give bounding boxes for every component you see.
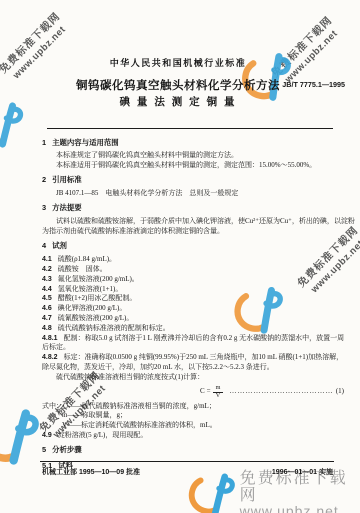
paragraph-line: JB 4107.1—85 电触头材料化学分析方法 总则及一般规定 bbox=[42, 189, 344, 199]
line-text: 硫代硫酸钠标准溶液相当铜的浓度按式(1)计算： bbox=[56, 373, 204, 381]
line-text: 主题内容与适用范围 bbox=[52, 138, 119, 147]
clause-line: 4.6碘化钾溶液(200 g/L)。 bbox=[42, 304, 344, 314]
standard-code: JB/T 7775.1—1995 bbox=[282, 80, 345, 89]
clause-number: 4.1 bbox=[42, 255, 52, 265]
line-text: 氟化氢铵溶液(200 g/mL)。 bbox=[58, 275, 139, 283]
paragraph-line: 本标准规定了铜钨碳化钨真空触头材料中铜量的测定方法。 bbox=[42, 151, 344, 161]
formula-number: (1) bbox=[336, 387, 344, 397]
clause-number: 4.8 bbox=[42, 324, 52, 334]
brand-site-url: www.upbz.net bbox=[240, 504, 360, 513]
clause-line: 4.1硫酸(ρ1.84 g/mL)。 bbox=[42, 255, 344, 265]
formula-fraction: mV bbox=[213, 385, 224, 400]
header-rule bbox=[47, 128, 333, 129]
paragraph-line: 为指示剂由硫代硫酸钠标准溶液滴定的体积测定铜的含量。 bbox=[42, 227, 344, 237]
definition-line: m——称取铜量，g； bbox=[42, 411, 344, 421]
line-text: 硫酸(ρ1.84 g/mL)。 bbox=[58, 255, 116, 263]
clause-number: 4.4 bbox=[42, 285, 52, 295]
standard-subtitle: 碘 量 法 测 定 铜 量 bbox=[0, 94, 356, 109]
footer-effective: 1996—01—01 实施 bbox=[272, 467, 333, 477]
line-text: JB 4107.1—85 电触头材料化学分析方法 总则及一般规定 bbox=[56, 189, 238, 197]
footer-rule bbox=[40, 461, 334, 462]
scanned-standard-page: 免费标准下载网 www.upbz.net 免费标准下载网 www.upbz.ne… bbox=[0, 0, 360, 513]
formula-denominator: V bbox=[216, 393, 220, 400]
line-text: 本标准规定了铜钨碳化钨真空触头材料中铜量的测定方法。 bbox=[56, 151, 238, 159]
line-text: 氢氧化铵溶液(1+1)。 bbox=[58, 285, 123, 293]
line-text: 标定：准确称取0.0500 g 纯铜(99.95%)于250 mL 三角烧瓶中，… bbox=[64, 353, 344, 361]
clause-number: 4.6 bbox=[42, 304, 52, 314]
clause-line: 4.7硫氰酸铵溶液(200 g/L)。 bbox=[42, 314, 344, 324]
line-text: 淀粉溶液(5 g/L)，现用现配。 bbox=[58, 431, 148, 439]
line-text: 引用标准 bbox=[52, 175, 82, 184]
line-text: 醋酸(1+2)用冰乙酸配制。 bbox=[58, 294, 137, 302]
paragraph-line: 后标定。 bbox=[42, 343, 344, 353]
clause-number: 4.5 bbox=[42, 294, 52, 304]
line-text: 式中：C——硫代硫酸钠标准溶液相当铜的浓度，g/mL； bbox=[42, 402, 216, 410]
section-heading: 5分析步骤 bbox=[42, 445, 344, 455]
line-text: 试剂 bbox=[52, 241, 67, 250]
clause-number: 2 bbox=[42, 175, 46, 185]
paragraph-line: 式中：C——硫代硫酸钠标准溶液相当铜的浓度，g/mL； bbox=[42, 402, 344, 412]
clause-number: 4 bbox=[42, 241, 46, 251]
standard-org-line: 中华人民共和国机械行业标准 bbox=[0, 56, 356, 69]
doc-body: 1主题内容与适用范围本标准规定了铜钨碳化钨真空触头材料中铜量的测定方法。本标准适… bbox=[42, 133, 344, 476]
line-text: 硫酸铵 固体。 bbox=[58, 265, 107, 273]
up-logo-icon bbox=[0, 407, 40, 467]
line-text: 后标定。 bbox=[42, 343, 70, 351]
clause-line: 4.8.1配制：称取5.0 g 试剂溶于1 L 刚煮沸并冷却后的含有0.2 g … bbox=[42, 334, 344, 344]
formula-dot-leader: …………………………………………………………………… bbox=[229, 387, 332, 397]
line-text: V——标定消耗硫代硫酸钠标准溶液的体积，mL。 bbox=[62, 421, 217, 429]
definition-line: V——标定消耗硫代硫酸钠标准溶液的体积，mL。 bbox=[42, 421, 344, 431]
line-text: 为指示剂由硫代硫酸钠标准溶液滴定的体积测定铜的含量。 bbox=[42, 227, 224, 235]
line-text: 方法提要 bbox=[52, 203, 82, 212]
line-text: 硫代硫酸钠标准溶液的配制和标定。 bbox=[58, 324, 170, 332]
clause-number: 4.8.1 bbox=[42, 334, 58, 344]
section-heading: 2引用标准 bbox=[42, 175, 344, 185]
line-text: 试料以硫酸和硫酸铵溶解，于弱酸介质中加入碘化钾溶液，使Cu²⁺还原为Cu⁺，析出… bbox=[56, 217, 355, 225]
clause-line: 4.8硫代硫酸钠标准溶液的配制和标定。 bbox=[42, 324, 344, 334]
line-text: 配制：称取5.0 g 试剂溶于1 L 刚煮沸并冷却后的含有0.2 g 无水碳酸钠… bbox=[64, 334, 345, 342]
clause-line: 4.3氟化氢铵溶液(200 g/mL)。 bbox=[42, 275, 344, 285]
section-heading: 1主题内容与适用范围 bbox=[42, 138, 344, 148]
line-text: 碘化钾溶液(200 g/L)。 bbox=[58, 304, 127, 312]
paragraph-line: 硫代硫酸钠标准溶液相当铜的浓度按式(1)计算： bbox=[42, 373, 344, 383]
clause-number: 4.2 bbox=[42, 265, 52, 275]
formula-line: C=mV……………………………………………………………………(1) bbox=[42, 385, 344, 400]
footer-approved: 机械工业部 1995—10—09 批准 bbox=[42, 467, 140, 477]
line-text: m——称取铜量，g； bbox=[62, 411, 127, 419]
paragraph-line: 试料以硫酸和硫酸铵溶解，于弱酸介质中加入碘化钾溶液，使Cu²⁺还原为Cu⁺，析出… bbox=[42, 217, 344, 227]
paragraph-line: 本标准适用于铜钨碳化钨真空触头材料中铜量的测定，测定范围：15.00%～55.0… bbox=[42, 161, 344, 171]
section-heading: 3方法提要 bbox=[42, 203, 344, 213]
clause-line: 4.4氢氧化铵溶液(1+1)。 bbox=[42, 285, 344, 295]
clause-number: 1 bbox=[42, 138, 46, 148]
paragraph-line: 除尽氮化物，蒸发近干，冷却，加约20 mL 水，以下按5.2.2～5.2.3 条… bbox=[42, 363, 344, 373]
clause-line: 4.8.2标定：准确称取0.0500 g 纯铜(99.95%)于250 mL 三… bbox=[42, 353, 344, 363]
clause-line: 4.9淀粉溶液(5 g/L)，现用现配。 bbox=[42, 431, 344, 441]
clause-number: 4.7 bbox=[42, 314, 52, 324]
line-text: 硫氰酸铵溶液(200 g/L)。 bbox=[58, 314, 134, 322]
clause-number: 4.3 bbox=[42, 275, 52, 285]
footer-row: 机械工业部 1995—10—09 批准 1996—01—01 实施 bbox=[42, 467, 333, 477]
clause-number: 4.9 bbox=[42, 431, 52, 441]
line-text: 除尽氮化物，蒸发近干，冷却，加约20 mL 水，以下按5.2.2～5.2.3 条… bbox=[42, 363, 274, 371]
clause-number: 5 bbox=[42, 445, 46, 455]
clause-number: 4.8.2 bbox=[42, 353, 58, 363]
formula-equals: = bbox=[207, 387, 211, 397]
clause-line: 4.2硫酸铵 固体。 bbox=[42, 265, 344, 275]
line-text: 本标准适用于铜钨碳化钨真空触头材料中铜量的测定，测定范围：15.00%～55.0… bbox=[56, 161, 316, 169]
formula-lhs: C bbox=[200, 387, 205, 397]
line-text: 分析步骤 bbox=[52, 445, 82, 454]
clause-number: 3 bbox=[42, 203, 46, 213]
section-heading: 4试剂 bbox=[42, 241, 344, 251]
clause-line: 4.5醋酸(1+2)用冰乙酸配制。 bbox=[42, 294, 344, 304]
